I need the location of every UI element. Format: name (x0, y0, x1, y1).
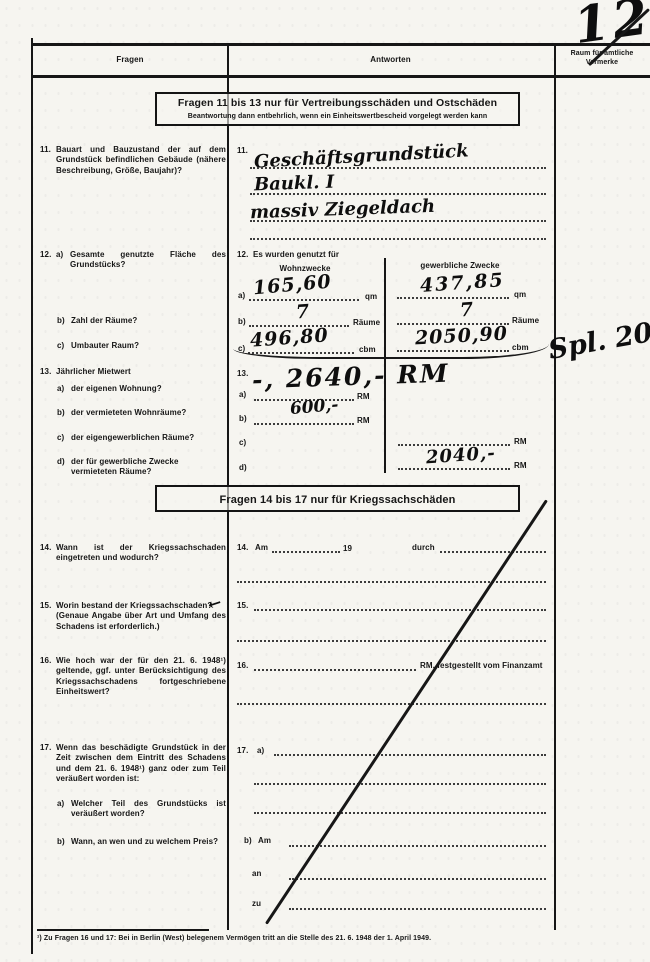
answer-14-durch-rule (440, 551, 546, 553)
question-13c: c) der eigengewerblichen Räume? (57, 433, 226, 443)
section-11-13-subtitle: Beantwortung dann entbehrlich, wenn ein … (157, 112, 518, 121)
answer-11-line2-handwriting: Baukl. I (254, 174, 335, 195)
handwritten-underline-swoosh (233, 344, 549, 359)
answer-14-am-label: Am (255, 543, 268, 553)
answer-12b-wohn-unit: Räume (353, 318, 380, 328)
question-13a-text: der eigenen Wohnung? (71, 384, 226, 394)
answer-17a-line2-rule (254, 783, 546, 785)
answer-17b-an-label: an (252, 869, 262, 879)
answer-13a-label: a) (239, 390, 246, 400)
answer-11-line2-rule (250, 193, 546, 195)
question-15-text: Worin bestand der Kriegssachschaden? (56, 601, 226, 611)
question-13d-text: der für gewerbliche Zwecke vermieteten R… (71, 457, 226, 478)
question-12c-label: c) (57, 341, 68, 351)
answer-17b-am-rule (289, 845, 546, 847)
question-17a-text: Welcher Teil des Grundstücks ist veräuße… (71, 799, 226, 820)
answer-13c-label: c) (239, 438, 246, 448)
question-13d-label: d) (57, 457, 68, 478)
question-14-number: 14. (40, 543, 53, 564)
answer-12b-wohn-value: 7 (295, 303, 310, 323)
answer-13b-unit: RM (357, 416, 370, 426)
answer-14-date-rule (272, 551, 340, 553)
answer-14-durch-label: durch (412, 543, 435, 553)
answer-17b-am-label: Am (258, 836, 271, 846)
section-11-13-box: Fragen 11 bis 13 nur für Vertreibungssch… (155, 92, 520, 126)
table-top-rule (33, 43, 650, 46)
answer-14-number: 14. (237, 543, 248, 553)
question-17a-label: a) (57, 799, 68, 820)
question-17b-text: Wann, an wen und zu welchem Preis? (71, 837, 226, 847)
question-12c-text: Umbauter Raum? (71, 341, 226, 351)
question-17b-label: b) (57, 837, 68, 847)
question-16: 16. Wie hoch war der für den 21. 6. 1948… (40, 656, 226, 698)
answer-13c-unit: RM (514, 437, 527, 447)
answer-17a-line1-rule (274, 754, 546, 756)
scan-edge-line (31, 38, 33, 954)
answer-12a-gew-unit: qm (514, 290, 526, 300)
question-11: 11. Bauart und Bauzustand der auf dem Gr… (40, 145, 226, 176)
answer-17a-label: a) (257, 746, 264, 756)
question-14: 14. Wann ist der Kriegssachschaden einge… (40, 543, 226, 564)
question-13-number: 13. (40, 367, 53, 377)
question-12b-label: b) (57, 316, 68, 326)
header-vermerke: Raum für amtliche Vermerke (556, 50, 648, 68)
footnote-text: ¹) Zu Fragen 16 und 17: Bei in Berlin (W… (37, 934, 622, 943)
handwritten-strike-through (265, 499, 548, 924)
question-13b: b) der vermieteten Wohnräume? (57, 408, 226, 418)
question-13a: a) der eigenen Wohnung? (57, 384, 226, 394)
answer-17b-zu-rule (289, 908, 546, 910)
answer-12b-label: b) (238, 317, 246, 327)
answer-13b-rule (254, 423, 354, 425)
answer-12a-label: a) (238, 291, 245, 301)
answer-13a-handwriting: -, 2640,- RM (252, 361, 450, 393)
answer-14-year-prefix: 19 (343, 544, 352, 554)
answer-17b-label: b) (244, 836, 252, 846)
answer-15-number: 15. (237, 601, 248, 611)
answer-12-number: 12. (237, 250, 250, 260)
question-16-text: Wie hoch war der für den 21. 6. 1948¹) g… (56, 656, 226, 698)
question-15-number: 15. (40, 601, 53, 611)
question-12c: c) Umbauter Raum? (57, 341, 226, 351)
answer-13d-unit: RM (514, 461, 527, 471)
answer-13a-unit: RM (357, 392, 370, 402)
question-11-number: 11. (40, 145, 53, 176)
answer-12a-wohn-unit: qm (365, 292, 377, 302)
question-12a-label: a) (56, 250, 67, 271)
question-17-number: 17. (40, 743, 53, 785)
header-antworten: Antworten (227, 55, 554, 65)
question-17b: b) Wann, an wen und zu welchem Preis? (57, 837, 226, 847)
answer-13b-handwriting: 600,- (289, 397, 339, 418)
answer-13d-handwriting: 2040,- (425, 445, 496, 468)
footnote-separator-rule (37, 929, 209, 931)
question-13b-label: b) (57, 408, 68, 418)
section-11-13-title: Fragen 11 bis 13 nur für Vertreibungssch… (157, 97, 518, 111)
answer-12a-wohn-value: 165,60 (252, 273, 332, 299)
answer-16-line2-rule (237, 703, 546, 705)
scanned-form-page: 12 Fragen Antworten Raum für amtliche Ve… (0, 0, 650, 962)
question-17-text: Wenn das beschädigte Grundstück in der Z… (56, 743, 226, 785)
question-11-text: Bauart und Bauzustand der auf dem Grunds… (56, 145, 226, 176)
question-12a: 12. a) Gesamte genutzte Fläche des Grund… (40, 250, 226, 271)
question-13-title-text: Jährlicher Mietwert (56, 367, 226, 377)
answer-13d-rule (398, 468, 510, 470)
question-14-text: Wann ist der Kriegssachschaden eingetret… (56, 543, 226, 564)
answer-11-line4-rule (250, 238, 546, 240)
answer-13b-label: b) (239, 414, 247, 424)
question-16-number: 16. (40, 656, 53, 698)
question-13a-label: a) (57, 384, 68, 394)
answer-11-number: 11. (237, 146, 248, 156)
question-12a-text: Gesamte genutzte Fläche des Grundstücks? (70, 250, 226, 271)
answer-14-line2-rule (237, 581, 546, 583)
question-15: 15. Worin bestand der Kriegssachschaden?… (40, 601, 226, 632)
answer-16-number: 16. (237, 661, 248, 671)
answer-17-number: 17. (237, 746, 248, 756)
answer-13-number: 13. (237, 369, 248, 379)
section-14-17-title: Fragen 14 bis 17 nur für Kriegssachschäd… (157, 493, 518, 507)
answer-12-intro-text: Es wurden genutzt für (253, 250, 339, 260)
question-12-number: 12. (40, 250, 53, 271)
column-divider-answers-remarks (554, 43, 556, 930)
answer-17a-line3-rule (254, 812, 546, 814)
section-14-17-box: Fragen 14 bis 17 nur für Kriegssachschäd… (155, 485, 520, 512)
question-13c-text: der eigengewerblichen Räume? (71, 433, 226, 443)
header-bottom-rule (33, 75, 650, 78)
answer-17b-zu-label: zu (252, 899, 261, 909)
answer-12a-gew-rule (397, 297, 509, 299)
answer-11-line3-rule (250, 220, 546, 222)
answer-11-line3-handwriting: massiv Ziegeldach (250, 198, 436, 222)
answer-12b-gew-unit: Räume (512, 316, 539, 326)
question-15-note: (Genaue Angabe über Art und Umfang des S… (56, 611, 226, 632)
answer-11-line1-rule (250, 167, 546, 169)
question-13-title: 13. Jährlicher Mietwert (40, 367, 226, 377)
margin-note-handwriting: Spl. 20 (546, 319, 650, 364)
question-13d: d) der für gewerbliche Zwecke vermietete… (57, 457, 226, 478)
answer-17b-an-rule (289, 878, 546, 880)
header-fragen: Fragen (33, 55, 227, 65)
answer-13d-label: d) (239, 463, 247, 473)
question-13b-text: der vermieteten Wohnräume? (71, 408, 226, 418)
answer-12a-gew-value: 437,85 (419, 271, 505, 296)
question-17: 17. Wenn das beschädigte Grundstück in d… (40, 743, 226, 785)
answer-12b-gew-value: 7 (459, 301, 474, 321)
question-17a: a) Welcher Teil des Grundstücks ist verä… (57, 799, 226, 820)
answer-12-intro: 12. Es wurden genutzt für (237, 250, 437, 260)
question-12b-text: Zahl der Räume? (71, 316, 226, 326)
question-12b: b) Zahl der Räume? (57, 316, 226, 326)
answer-15-line2-rule (237, 640, 546, 642)
answer-16-value-rule (254, 669, 416, 671)
answer-15-line1-rule (254, 609, 546, 611)
question-13c-label: c) (57, 433, 68, 443)
